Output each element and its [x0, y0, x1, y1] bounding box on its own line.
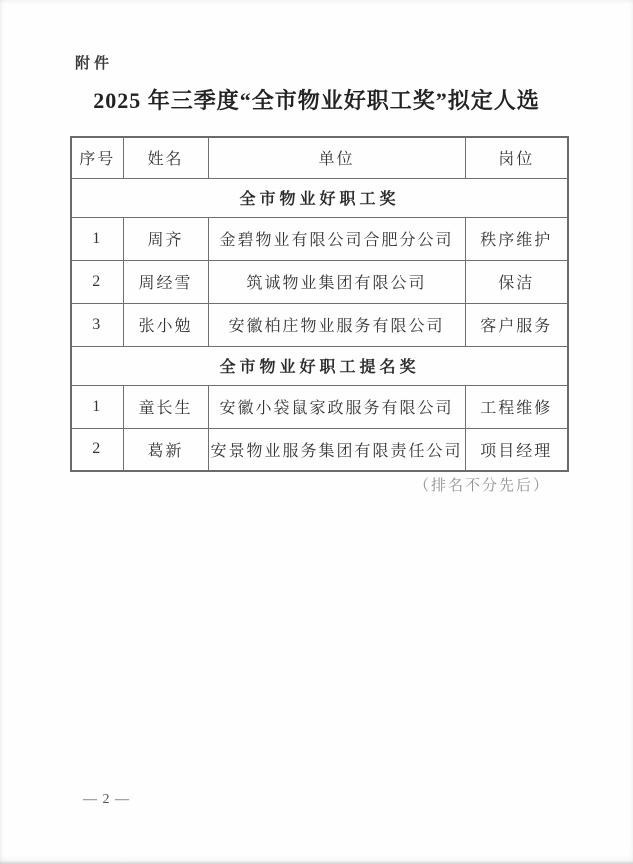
cell-unit: 金碧物业有限公司合肥分公司	[208, 217, 465, 260]
cell-unit: 筑诚物业集团有限公司	[208, 260, 465, 303]
table-row: 2周经雪筑诚物业集团有限公司保洁	[71, 260, 568, 303]
cell-position: 客户服务	[465, 303, 568, 346]
cell-name: 张小勉	[123, 303, 208, 346]
page-title: 2025 年三季度“全市物业好职工奖”拟定人选	[0, 84, 633, 115]
award-candidates-table: 序号 姓名 单位 岗位 全市物业好职工奖1周齐金碧物业有限公司合肥分公司秩序维护…	[70, 136, 569, 472]
cell-position: 工程维修	[465, 385, 568, 428]
page-number: — 2 —	[83, 792, 130, 808]
column-header-name: 姓名	[123, 137, 208, 178]
section-title: 全市物业好职工奖	[71, 178, 568, 217]
cell-index: 2	[71, 428, 123, 471]
cell-index: 3	[71, 303, 123, 346]
table-row: 1周齐金碧物业有限公司合肥分公司秩序维护	[71, 217, 568, 260]
table-row: 2葛新安景物业服务集团有限责任公司项目经理	[71, 428, 568, 471]
table-row: 1童长生安徽小袋鼠家政服务有限公司工程维修	[71, 385, 568, 428]
cell-name: 葛新	[123, 428, 208, 471]
table-header-row: 序号 姓名 单位 岗位	[71, 137, 568, 178]
column-header-unit: 单位	[208, 137, 465, 178]
cell-index: 2	[71, 260, 123, 303]
cell-unit: 安景物业服务集团有限责任公司	[208, 428, 465, 471]
table-row: 3张小勉安徽柏庄物业服务有限公司客户服务	[71, 303, 568, 346]
cell-unit: 安徽柏庄物业服务有限公司	[208, 303, 465, 346]
cell-index: 1	[71, 217, 123, 260]
column-header-position: 岗位	[465, 137, 568, 178]
cell-unit: 安徽小袋鼠家政服务有限公司	[208, 385, 465, 428]
ranking-note: （排名不分先后）	[414, 474, 550, 495]
section-header-row: 全市物业好职工奖	[71, 178, 568, 217]
cell-index: 1	[71, 385, 123, 428]
cell-position: 保洁	[465, 260, 568, 303]
cell-name: 周经雪	[123, 260, 208, 303]
section-title: 全市物业好职工提名奖	[71, 346, 568, 385]
cell-name: 周齐	[123, 217, 208, 260]
cell-position: 秩序维护	[465, 217, 568, 260]
cell-name: 童长生	[123, 385, 208, 428]
document-page: 附件 2025 年三季度“全市物业好职工奖”拟定人选 序号 姓名 单位 岗位 全…	[0, 0, 633, 864]
cell-position: 项目经理	[465, 428, 568, 471]
attachment-label: 附件	[75, 52, 113, 73]
column-header-index: 序号	[71, 137, 123, 178]
section-header-row: 全市物业好职工提名奖	[71, 346, 568, 385]
